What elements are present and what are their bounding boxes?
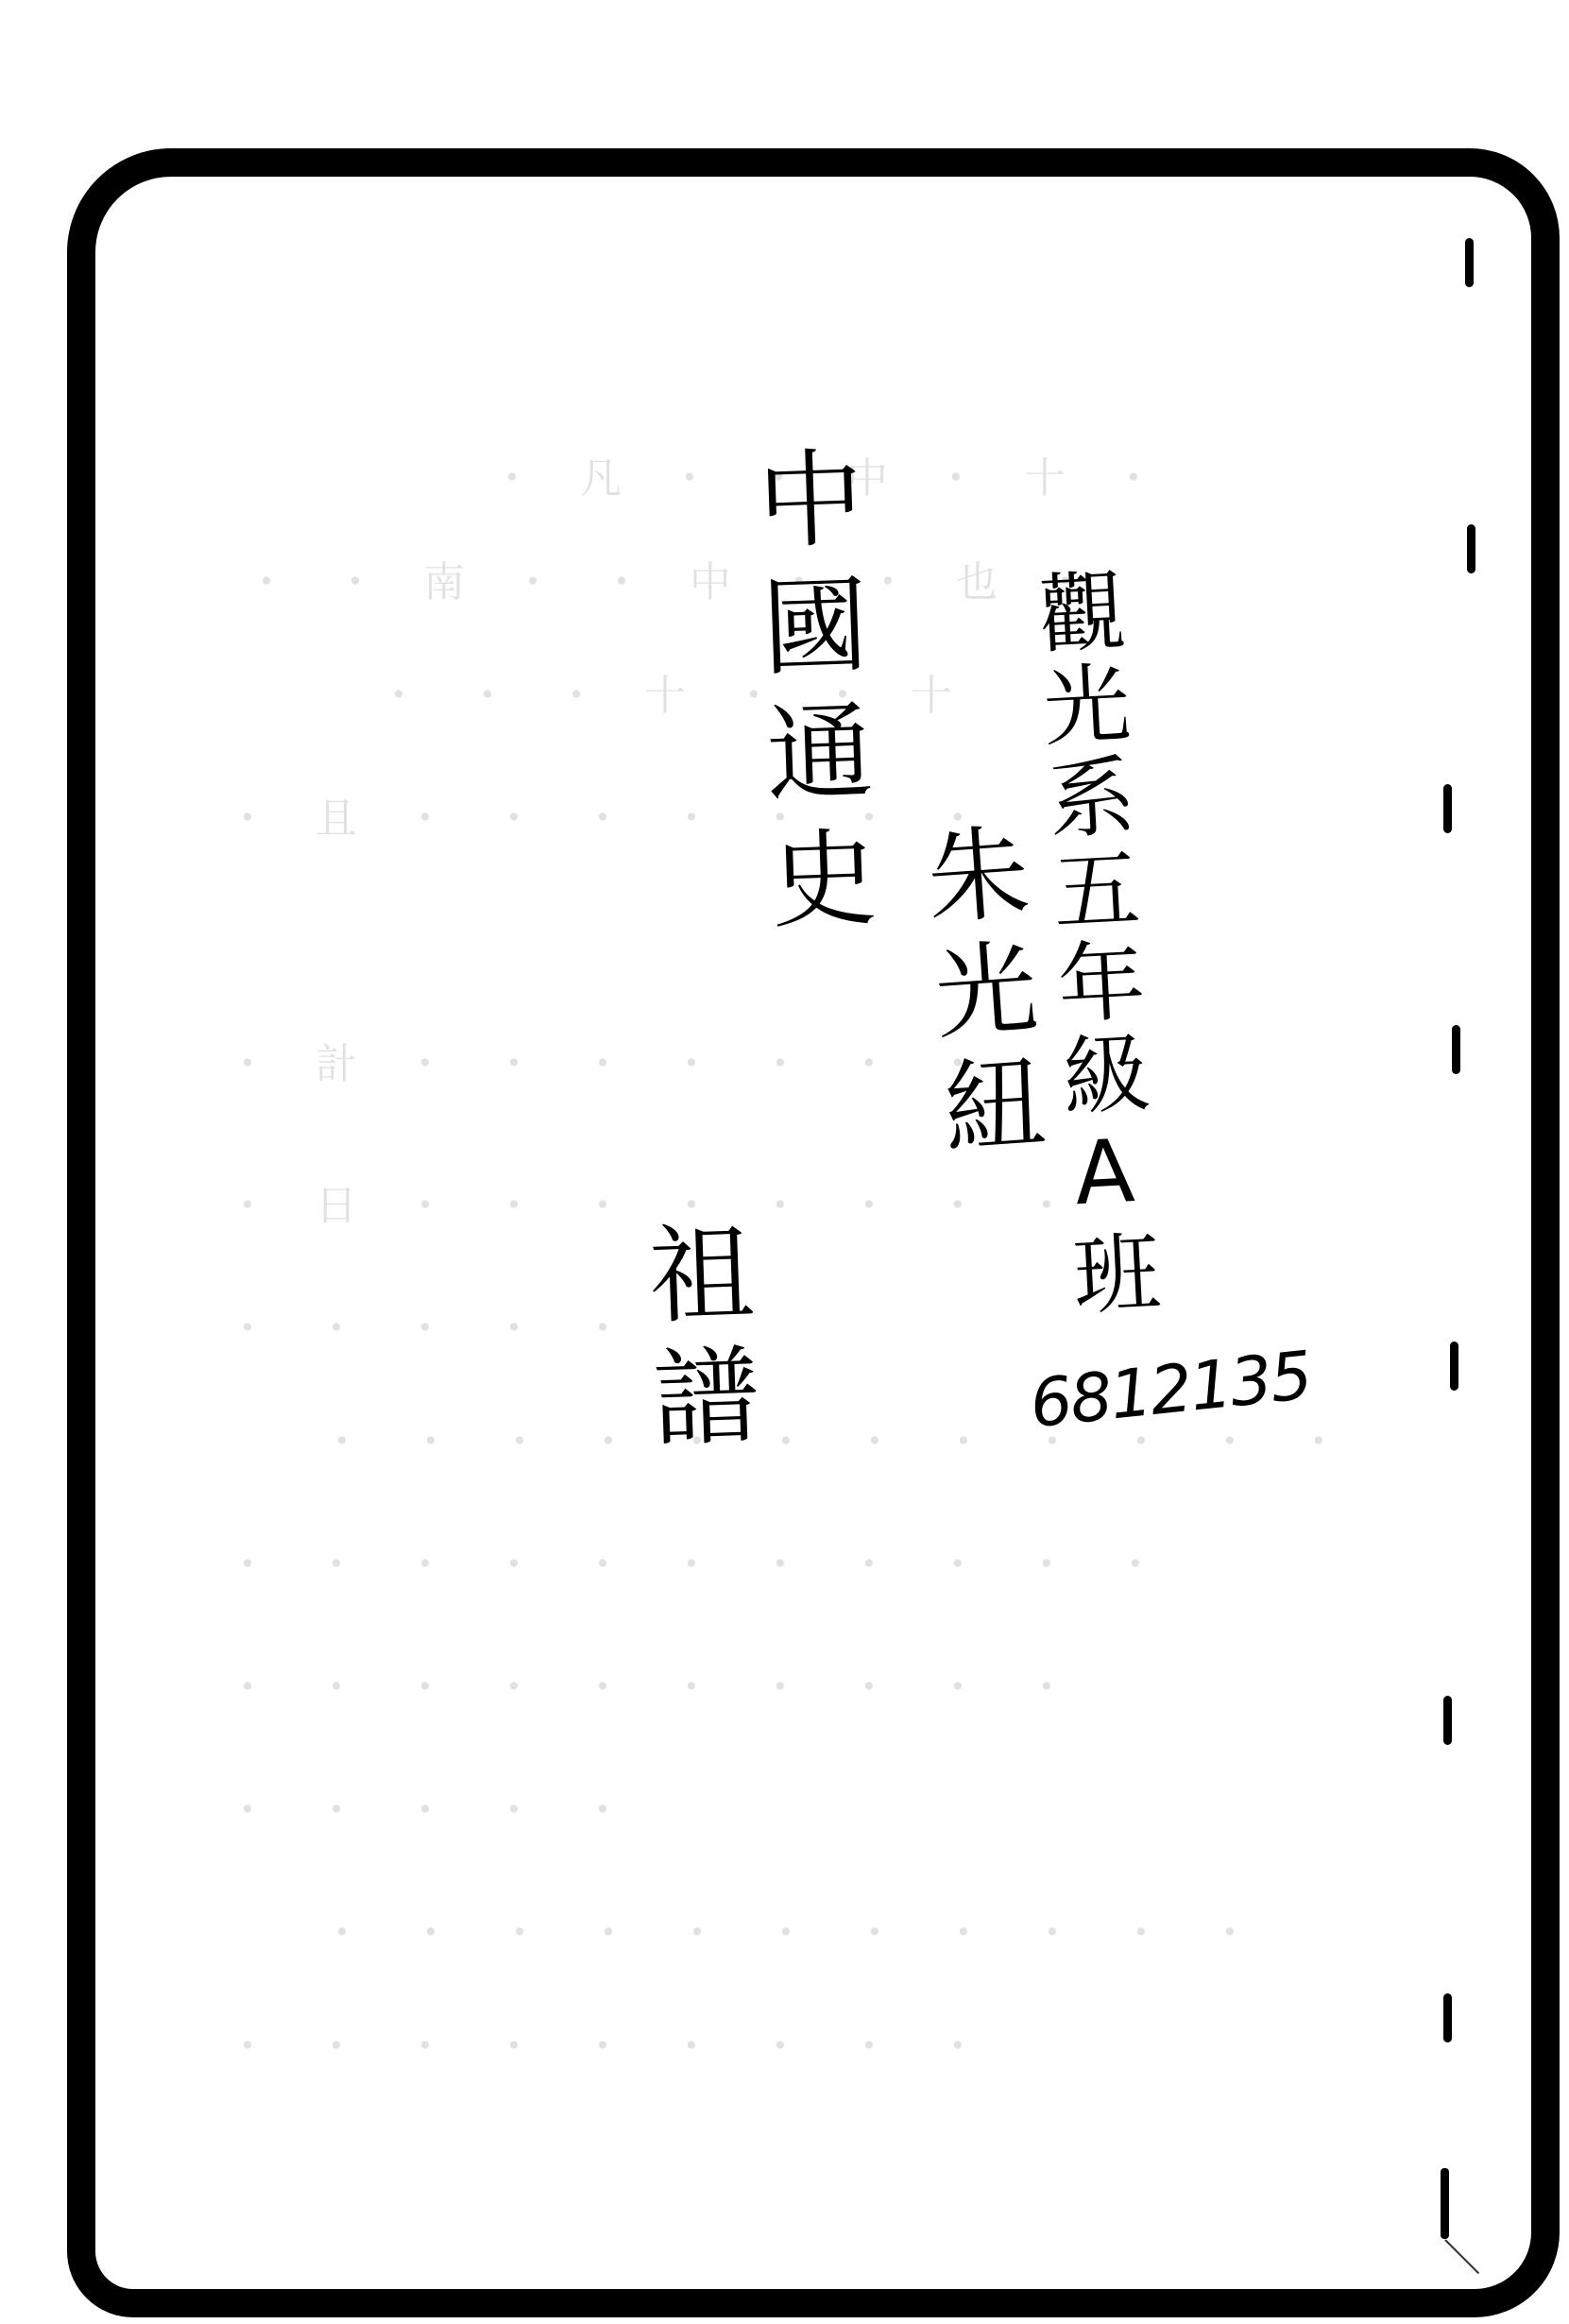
margin-dash-mark xyxy=(1450,1341,1458,1391)
student-name: 朱光紐 xyxy=(913,819,1039,1171)
bleed-through-line: ・ ・ ・ ・ ・ ・ ・ ・ ・ ・ xyxy=(227,1653,1084,1714)
report-subject: 祖譜 xyxy=(638,1217,752,1466)
bleed-through-line: ・ 且 ・ ・ ・ ・ ・ ・ ・ xyxy=(227,784,996,845)
bleed-through-line: ・ ・ ・ ・ ・ ・ ・ ・ ・ ・ ・ xyxy=(321,1899,1268,1959)
bleed-through-line: ・ ・ ・ 十 ・ ・ 十 xyxy=(378,661,969,722)
bleed-through-line: ・ ・ ・ ・ ・ ・ ・ ・ ・ xyxy=(227,2012,996,2073)
margin-corner-mark xyxy=(1441,2168,1449,2239)
bleed-through-line: ・ ・ ・ ・ ・ ・ ・ ・ ・ ・ ・ xyxy=(227,1530,1173,1591)
margin-dash-mark xyxy=(1467,524,1475,573)
bleed-through-line: ・ 計 ・ ・ ・ ・ ・ ・ ・ xyxy=(227,1030,996,1090)
bleed-through-line: ・ ・ ・ ・ ・ xyxy=(227,1776,640,1837)
bleed-through-line: ・ ・ ・ ・ ・ xyxy=(227,1294,640,1355)
bleed-through-line: ・ ・ 南 ・ ・ 中 ・ ・ 也 ・ xyxy=(246,548,1103,608)
margin-dash-mark xyxy=(1443,1993,1452,2042)
margin-dash-mark xyxy=(1465,238,1474,287)
margin-dash-mark xyxy=(1452,1025,1460,1074)
margin-dash-mark xyxy=(1443,784,1452,833)
margin-dash-mark xyxy=(1443,1696,1452,1745)
report-title: 中國通史 xyxy=(747,442,871,952)
